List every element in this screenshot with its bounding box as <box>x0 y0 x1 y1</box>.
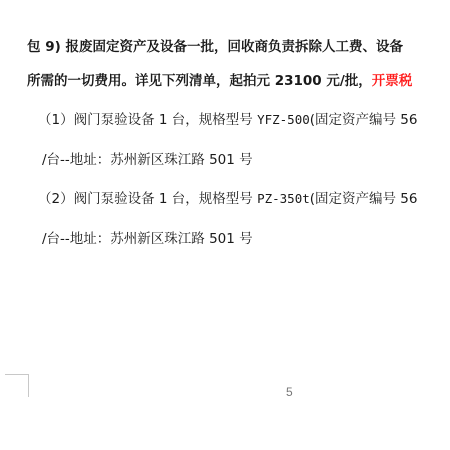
item-1-model: YFZ-500 <box>257 112 310 127</box>
page-number: 5 <box>286 385 293 399</box>
item-1-prefix: （1）阀门泵验设备 1 台，规格型号 <box>38 112 257 128</box>
item-1-suffix: (固定资产编号 56 <box>310 112 418 128</box>
page-corner-mark-vertical <box>28 374 29 397</box>
item-1-line: （1）阀门泵验设备 1 台，规格型号 YFZ-500(固定资产编号 56 <box>38 111 418 129</box>
page-corner-mark-horizontal <box>5 374 29 375</box>
item-2-prefix: （2）阀门泵验设备 1 台，规格型号 <box>38 191 257 207</box>
item-2-address: /台--地址：苏州新区珠江路 501 号 <box>42 230 253 248</box>
item-2-suffix: (固定资产编号 56 <box>310 191 418 207</box>
invoice-tax-highlight: 开票税 <box>372 73 413 89</box>
paragraph-line-2: 所需的一切费用。详见下列清单，起拍元 23100 元/批，开票税 <box>27 72 412 90</box>
paragraph-line-2-text: 所需的一切费用。详见下列清单，起拍元 23100 元/批， <box>27 73 372 89</box>
item-2-model: PZ-350t <box>257 191 310 206</box>
item-2-line: （2）阀门泵验设备 1 台，规格型号 PZ-350t(固定资产编号 56 <box>38 190 418 208</box>
item-1-address: /台--地址：苏州新区珠江路 501 号 <box>42 151 253 169</box>
paragraph-line-1: 包 9) 报废固定资产及设备一批，回收商负责拆除人工费、设备 <box>27 38 403 56</box>
